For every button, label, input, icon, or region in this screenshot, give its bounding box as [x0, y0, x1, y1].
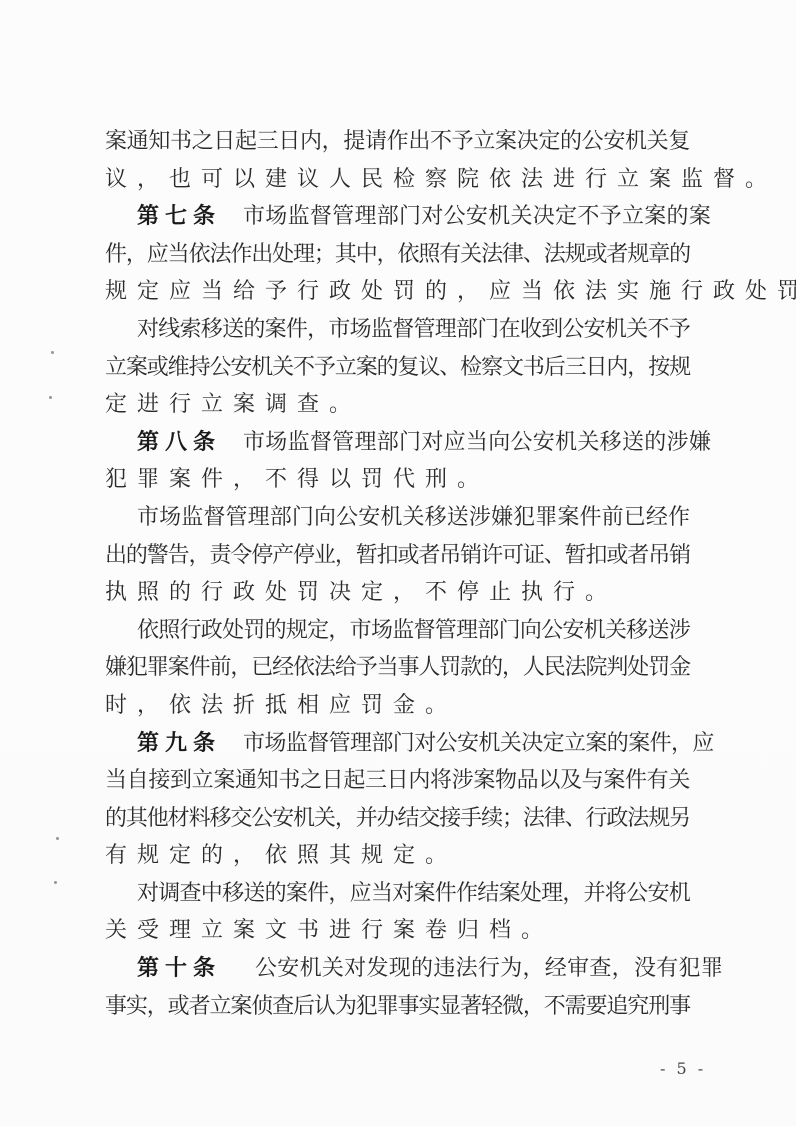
text-line: 对调查中移送的案件，应当对案件作结案处理，并将公安机: [105, 875, 690, 913]
line-text: 规定应当给予行政处罚的，应当依法实施行政处罚。: [105, 279, 796, 304]
text-line: 事实，或者立案侦查后认为犯罪事实显著轻微，不需要追究刑事: [105, 988, 690, 1026]
scan-speck: [54, 881, 57, 884]
line-text: 事实，或者立案侦查后认为犯罪事实显著轻微，不需要追究刑事: [105, 994, 690, 1019]
text-line: 犯罪案件，不得以罚代刑。: [105, 461, 690, 499]
page-number: - 5 -: [660, 1059, 706, 1078]
line-text: 对调查中移送的案件，应当对案件作结案处理，并将公安机: [137, 881, 690, 906]
text-line: 议，也可以建议人民检察院依法进行立案监督。: [105, 161, 690, 199]
line-text: 执照的行政处罚决定，不停止执行。: [105, 580, 617, 605]
article-number: 第十条: [137, 956, 221, 981]
text-line: 市场监督管理部门向公安机关移送涉嫌犯罪案件前已经作: [105, 499, 690, 537]
document-page: 案通知书之日起三日内，提请作出不予立案决定的公安机关复议，也可以建议人民检察院依…: [0, 0, 796, 1126]
text-line: 对线索移送的案件，市场监督管理部门在收到公安机关不予: [105, 311, 690, 349]
article-number: 第九条: [137, 731, 221, 756]
text-line: 有规定的，依照其规定。: [105, 837, 690, 875]
text-line: 执照的行政处罚决定，不停止执行。: [105, 574, 690, 612]
text-line: 件，应当依法作出处理；其中，依照有关法律、法规或者规章的: [105, 236, 690, 274]
line-text: 公安机关对发现的违法行为，经审查，没有犯罪: [255, 956, 723, 981]
text-line: 关受理立案文书进行案卷归档。: [105, 912, 690, 950]
text-line: 出的警告，责令停产停业，暂扣或者吊销许可证、暂扣或者吊销: [105, 537, 690, 575]
text-line: 时，依法折抵相应罚金。: [105, 687, 690, 725]
line-text: 案通知书之日起三日内，提请作出不予立案决定的公安机关复: [105, 129, 690, 154]
text-line: 立案或维持公安机关不予立案的复议、检察文书后三日内，按规: [105, 349, 690, 387]
text-line: 规定应当给予行政处罚的，应当依法实施行政处罚。: [105, 273, 690, 311]
line-text: 当自接到立案通知书之日起三日内将涉案物品以及与案件有关: [105, 768, 690, 793]
line-text: 立案或维持公安机关不予立案的复议、检察文书后三日内，按规: [105, 355, 690, 380]
article-number: 第七条: [137, 204, 221, 229]
article-number: 第八条: [137, 430, 221, 455]
line-text: 出的警告，责令停产停业，暂扣或者吊销许可证、暂扣或者吊销: [105, 543, 690, 568]
line-text: 嫌犯罪案件前，已经依法给予当事人罚款的，人民法院判处罚金: [105, 655, 690, 680]
article-heading-line: 第八条市场监督管理部门对应当向公安机关移送的涉嫌: [105, 424, 690, 462]
document-body: 案通知书之日起三日内，提请作出不予立案决定的公安机关复议，也可以建议人民检察院依…: [105, 123, 690, 1025]
line-text: 的其他材料移交公安机关，并办结交接手续；法律、行政法规另: [105, 806, 690, 831]
line-text: 件，应当依法作出处理；其中，依照有关法律、法规或者规章的: [105, 242, 690, 267]
scan-speck: [49, 396, 52, 399]
line-text: 时，依法折抵相应罚金。: [105, 693, 457, 718]
text-line: 嫌犯罪案件前，已经依法给予当事人罚款的，人民法院判处罚金: [105, 649, 690, 687]
line-text: 市场监督管理部门向公安机关移送涉嫌犯罪案件前已经作: [137, 505, 690, 530]
article-heading-line: 第十条公安机关对发现的违法行为，经审查，没有犯罪: [105, 950, 690, 988]
line-text: 市场监督管理部门对应当向公安机关移送的涉嫌: [243, 430, 711, 455]
text-line: 案通知书之日起三日内，提请作出不予立案决定的公安机关复: [105, 123, 690, 161]
line-text: 关受理立案文书进行案卷归档。: [105, 918, 553, 943]
line-text: 定进行立案调查。: [105, 392, 361, 417]
text-line: 依照行政处罚的规定，市场监督管理部门向公安机关移送涉: [105, 612, 690, 650]
scan-speck: [56, 837, 59, 840]
article-heading-line: 第七条市场监督管理部门对公安机关决定不予立案的案: [105, 198, 690, 236]
line-text: 市场监督管理部门对公安机关决定不予立案的案: [243, 204, 711, 229]
line-text: 市场监督管理部门对公安机关决定立案的案件，应: [243, 731, 714, 756]
line-text: 对线索移送的案件，市场监督管理部门在收到公安机关不予: [137, 317, 690, 342]
text-line: 的其他材料移交公安机关，并办结交接手续；法律、行政法规另: [105, 800, 690, 838]
line-text: 有规定的，依照其规定。: [105, 843, 457, 868]
line-text: 依照行政处罚的规定，市场监督管理部门向公安机关移送涉: [137, 618, 690, 643]
text-line: 当自接到立案通知书之日起三日内将涉案物品以及与案件有关: [105, 762, 690, 800]
text-line: 定进行立案调查。: [105, 386, 690, 424]
scan-speck: [51, 351, 54, 354]
article-heading-line: 第九条市场监督管理部门对公安机关决定立案的案件，应: [105, 725, 690, 763]
line-text: 犯罪案件，不得以罚代刑。: [105, 467, 489, 492]
line-text: 议，也可以建议人民检察院依法进行立案监督。: [105, 167, 777, 192]
